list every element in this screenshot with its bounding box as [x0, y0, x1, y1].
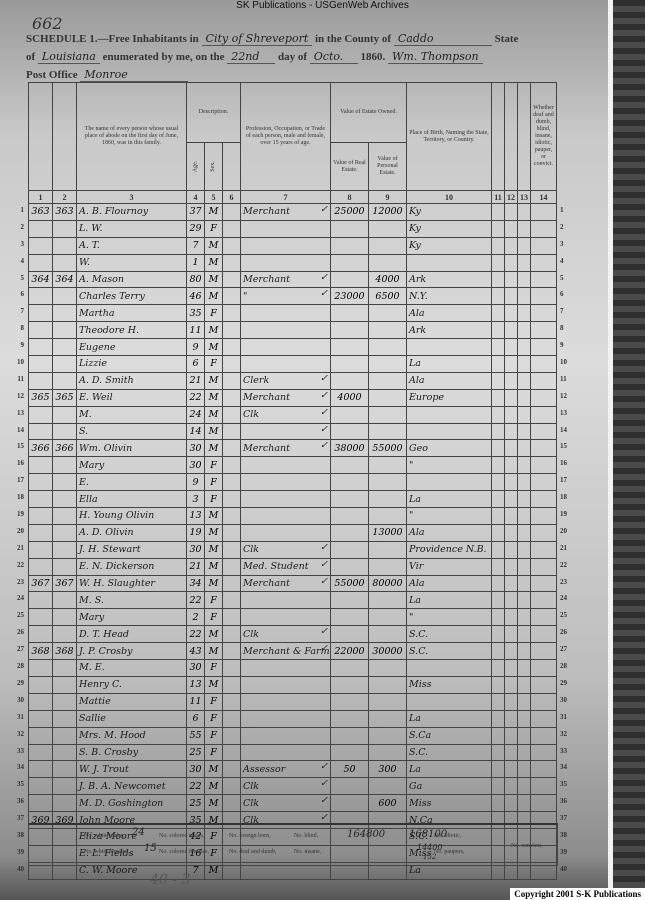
family-number: [53, 660, 77, 677]
person-name: A. B. Flournoy: [77, 204, 187, 221]
family-number: 363: [53, 204, 77, 221]
empty-cell: [518, 491, 531, 508]
sex: M: [205, 524, 223, 541]
person-name: Sallie: [77, 710, 187, 727]
line-number-left: 5: [10, 274, 24, 282]
line-number-left: 2: [10, 223, 24, 231]
occupation-text: Merchant: [243, 274, 290, 285]
personal-estate-value: [369, 474, 407, 491]
personal-estate-value: [369, 254, 407, 271]
real-estate-value: 55000: [331, 575, 369, 592]
age: 34: [187, 575, 205, 592]
table-row: M. E.30F: [29, 660, 557, 677]
line-number-right: 28: [560, 662, 567, 670]
person-name: A. Mason: [77, 271, 187, 288]
occupation-text: Clk: [243, 629, 259, 640]
empty-cell: [531, 575, 557, 592]
empty-cell: [518, 440, 531, 457]
empty-cell: [505, 524, 518, 541]
empty-cell: [492, 693, 505, 710]
empty-cell: [492, 541, 505, 558]
birthplace: ": [407, 609, 492, 626]
line-number-left: 37: [10, 814, 24, 822]
sex: M: [205, 778, 223, 795]
table-row: J. B. A. Newcomet22MClk✓Ga: [29, 778, 557, 795]
convicts-label: No. convicts,: [511, 843, 543, 849]
line-number-right: 27: [560, 645, 567, 653]
table-row: J. H. Stewart30MClk✓Providence N.B.: [29, 541, 557, 558]
color: [223, 660, 241, 677]
family-number: [53, 508, 77, 525]
checkmark-icon: ✓: [320, 373, 328, 384]
birthplace: Ala: [407, 305, 492, 322]
family-number: [53, 761, 77, 778]
col-header-color: Color, { White, black, or mulatto.: [223, 143, 241, 191]
day-of-label: day of: [278, 51, 307, 63]
family-number: 366: [53, 440, 77, 457]
real-estate-value: [331, 322, 369, 339]
real-estate-value: [331, 744, 369, 761]
schedule-header-line-3: Post Office Monroe: [26, 68, 188, 82]
schedule-title: SCHEDULE 1.—Free Inhabitants in: [26, 33, 199, 45]
col-header-age: Age.: [187, 143, 205, 191]
birthplace: [407, 339, 492, 356]
color: [223, 778, 241, 795]
sex: F: [205, 727, 223, 744]
dwelling-number: [29, 474, 53, 491]
real-estate-value: 22000: [331, 643, 369, 660]
line-number-right: 30: [560, 696, 567, 704]
empty-cell: [505, 220, 518, 237]
empty-cell: [531, 592, 557, 609]
table-row: Henry C.13MMiss: [29, 676, 557, 693]
family-number: [53, 676, 77, 693]
colored-males-label: No. colored males,: [159, 833, 204, 839]
real-estate-value: [331, 339, 369, 356]
person-name: Wm. Olivin: [77, 440, 187, 457]
table-row: A. T.7MKy: [29, 237, 557, 254]
column-number: 1: [29, 191, 53, 204]
occupation: [241, 305, 331, 322]
family-number: [53, 288, 77, 305]
age: 43: [187, 643, 205, 660]
real-estate-value: [331, 356, 369, 373]
empty-cell: [505, 744, 518, 761]
birthplace: La: [407, 491, 492, 508]
line-number-right: 35: [560, 780, 567, 788]
personal-estate-value: [369, 558, 407, 575]
family-number: [53, 322, 77, 339]
sex: M: [205, 322, 223, 339]
person-name: W. J. Trout: [77, 761, 187, 778]
checkmark-icon: ✓: [320, 288, 328, 299]
empty-cell: [518, 406, 531, 423]
occupation: [241, 508, 331, 525]
birthplace: ": [407, 508, 492, 525]
checkmark-icon: ✓: [320, 407, 328, 418]
birthplace: [407, 254, 492, 271]
birthplace: ": [407, 457, 492, 474]
age: 30: [187, 457, 205, 474]
empty-cell: [531, 457, 557, 474]
empty-cell: [518, 237, 531, 254]
sex: M: [205, 406, 223, 423]
empty-cell: [518, 356, 531, 373]
col-header-description: Description.: [187, 83, 241, 143]
empty-cell: [505, 204, 518, 221]
empty-cell: [492, 474, 505, 491]
empty-cell: [492, 356, 505, 373]
empty-cell: [505, 626, 518, 643]
real-estate-value: [331, 795, 369, 812]
occupation-text: Merchant: [243, 392, 290, 403]
empty-cell: [505, 710, 518, 727]
line-number-left: 11: [10, 375, 24, 383]
family-number: [53, 339, 77, 356]
birthplace: [407, 474, 492, 491]
color: [223, 744, 241, 761]
table-row: W.1M: [29, 254, 557, 271]
occupation-text: Merchant & Farmer: [243, 646, 331, 657]
occupation-text: Med. Student: [243, 561, 309, 572]
sex: F: [205, 710, 223, 727]
person-name: M. S.: [77, 592, 187, 609]
color: [223, 676, 241, 693]
age: 9: [187, 474, 205, 491]
col-header-value: Value of Estate Owned.: [331, 83, 407, 143]
personal-estate-value: 6500: [369, 288, 407, 305]
column-number: 11: [492, 191, 505, 204]
day-field: 22nd: [227, 50, 275, 64]
empty-cell: [518, 626, 531, 643]
sex: F: [205, 474, 223, 491]
dwelling-number: [29, 744, 53, 761]
line-number-right: 22: [560, 561, 567, 569]
line-number-left: 4: [10, 257, 24, 265]
empty-cell: [518, 575, 531, 592]
empty-cell: [505, 575, 518, 592]
col-header-school: Attended School within the year.: [505, 83, 518, 191]
personal-estate-value: [369, 660, 407, 677]
column-number: 14: [531, 191, 557, 204]
empty-cell: [505, 423, 518, 440]
line-number-right: 32: [560, 730, 567, 738]
empty-cell: [505, 491, 518, 508]
empty-cell: [492, 795, 505, 812]
personal-estate-value: [369, 220, 407, 237]
empty-cell: [531, 474, 557, 491]
line-number-left: 8: [10, 324, 24, 332]
column-number: 10: [407, 191, 492, 204]
real-estate-value: [331, 237, 369, 254]
dwelling-number: [29, 423, 53, 440]
dwelling-number: [29, 710, 53, 727]
dwelling-number: [29, 541, 53, 558]
birthplace: Ala: [407, 575, 492, 592]
dwelling-number: [29, 288, 53, 305]
empty-cell: [505, 237, 518, 254]
empty-cell: [505, 727, 518, 744]
sex: M: [205, 339, 223, 356]
sex: F: [205, 693, 223, 710]
line-number-right: 40: [560, 865, 567, 873]
table-row: S.14M✓: [29, 423, 557, 440]
dwelling-number: [29, 609, 53, 626]
personal-estate-value: [369, 389, 407, 406]
line-number-left: 36: [10, 797, 24, 805]
family-number: [53, 457, 77, 474]
family-number: [53, 541, 77, 558]
empty-cell: [531, 795, 557, 812]
personal-estate-value: [369, 237, 407, 254]
empty-cell: [492, 271, 505, 288]
age: 7: [187, 237, 205, 254]
line-number-left: 14: [10, 426, 24, 434]
color: [223, 322, 241, 339]
col-header-married: Married within the year.: [492, 83, 505, 191]
color: [223, 457, 241, 474]
line-number-right: 5: [560, 274, 564, 282]
occupation: [241, 524, 331, 541]
line-number-right: 21: [560, 544, 567, 552]
empty-cell: [492, 592, 505, 609]
colored-females-label: No. colored females,: [159, 849, 209, 855]
line-number-left: 19: [10, 510, 24, 518]
line-number-left: 22: [10, 561, 24, 569]
color: [223, 643, 241, 660]
empty-cell: [531, 744, 557, 761]
real-estate-value: [331, 693, 369, 710]
line-number-left: 17: [10, 476, 24, 484]
line-number-left: 25: [10, 611, 24, 619]
dwelling-number: [29, 406, 53, 423]
sex: F: [205, 356, 223, 373]
empty-cell: [505, 508, 518, 525]
dwelling-number: [29, 356, 53, 373]
column-number: 13: [518, 191, 531, 204]
age: 21: [187, 372, 205, 389]
family-number: [53, 474, 77, 491]
family-number: [53, 710, 77, 727]
dwelling-number: 368: [29, 643, 53, 660]
dwelling-number: [29, 305, 53, 322]
empty-cell: [518, 710, 531, 727]
age: 30: [187, 660, 205, 677]
age: 80: [187, 271, 205, 288]
line-number-left: 13: [10, 409, 24, 417]
dwelling-number: [29, 693, 53, 710]
checkmark-icon: ✓: [320, 424, 328, 435]
birthplace: [407, 406, 492, 423]
empty-cell: [492, 609, 505, 626]
empty-cell: [518, 220, 531, 237]
sex: M: [205, 271, 223, 288]
line-number-left: 24: [10, 594, 24, 602]
age: 30: [187, 440, 205, 457]
color: [223, 237, 241, 254]
birthplace: S.C.: [407, 744, 492, 761]
empty-cell: [505, 778, 518, 795]
color: [223, 795, 241, 812]
empty-cell: [505, 457, 518, 474]
sex: M: [205, 440, 223, 457]
occupation: Merchant✓: [241, 440, 331, 457]
empty-cell: [492, 457, 505, 474]
dwelling-number: [29, 727, 53, 744]
real-estate-value: [331, 220, 369, 237]
empty-cell: [518, 524, 531, 541]
real-estate-value: [331, 524, 369, 541]
line-number-left: 16: [10, 459, 24, 467]
occupation: [241, 457, 331, 474]
occupation: [241, 744, 331, 761]
col-header-name: The name of every person whose usual pla…: [77, 83, 187, 191]
empty-cell: [492, 676, 505, 693]
line-number-right: 3: [560, 240, 564, 248]
empty-cell: [492, 254, 505, 271]
sex: M: [205, 254, 223, 271]
dwelling-number: [29, 508, 53, 525]
column-number: 12: [505, 191, 518, 204]
empty-cell: [492, 643, 505, 660]
birthplace: Ark: [407, 322, 492, 339]
occupation-text: Clerk: [243, 375, 269, 386]
empty-cell: [531, 710, 557, 727]
table-row: Lizzie6FLa: [29, 356, 557, 373]
real-estate-value: [331, 676, 369, 693]
line-number-right: 25: [560, 611, 567, 619]
table-row: D. T. Head22MClk✓S.C.: [29, 626, 557, 643]
family-number: [53, 727, 77, 744]
age: 30: [187, 761, 205, 778]
age: 55: [187, 727, 205, 744]
occupation: [241, 609, 331, 626]
person-name: H. Young Olivin: [77, 508, 187, 525]
real-estate-value: 4000: [331, 389, 369, 406]
person-name: Mrs. M. Hood: [77, 727, 187, 744]
person-name: M. D. Goshington: [77, 795, 187, 812]
dwelling-number: [29, 592, 53, 609]
empty-cell: [492, 440, 505, 457]
occupation: Assessor✓: [241, 761, 331, 778]
col-header-personal-estate: Value of Personal Estate.: [369, 143, 407, 191]
real-estate-value: [331, 406, 369, 423]
color: [223, 339, 241, 356]
empty-cell: [518, 457, 531, 474]
empty-cell: [531, 220, 557, 237]
checkmark-icon: ✓: [320, 795, 328, 806]
sex: M: [205, 372, 223, 389]
color: [223, 710, 241, 727]
birthplace: S.Ca: [407, 727, 492, 744]
family-number: 367: [53, 575, 77, 592]
birthplace: [407, 693, 492, 710]
personal-estate-value: [369, 423, 407, 440]
line-number-right: 7: [560, 307, 564, 315]
dwelling-number: [29, 761, 53, 778]
birthplace: Ga: [407, 778, 492, 795]
color: [223, 288, 241, 305]
empty-cell: [518, 288, 531, 305]
empty-cell: [531, 372, 557, 389]
person-name: A. D. Olivin: [77, 524, 187, 541]
col-header-dwelling: Dwelling-houses— numbered in the order o…: [29, 83, 53, 191]
empty-cell: [531, 660, 557, 677]
sex: M: [205, 508, 223, 525]
table-row: W. J. Trout30MAssessor✓50300La: [29, 761, 557, 778]
occupation: Merchant & Farmer✓: [241, 643, 331, 660]
line-number-right: 4: [560, 257, 564, 265]
personal-estate-value: [369, 676, 407, 693]
family-number: [53, 795, 77, 812]
family-number: [53, 220, 77, 237]
age: 6: [187, 356, 205, 373]
sex: M: [205, 389, 223, 406]
age: 1: [187, 254, 205, 271]
table-row: Charles Terry46M"✓230006500N.Y.: [29, 288, 557, 305]
empty-cell: [492, 626, 505, 643]
person-name: S.: [77, 423, 187, 440]
family-number: 365: [53, 389, 77, 406]
sex: M: [205, 204, 223, 221]
color: [223, 254, 241, 271]
real-estate-value: [331, 778, 369, 795]
table-row: 367367W. H. Slaughter34MMerchant✓5500080…: [29, 575, 557, 592]
color: [223, 356, 241, 373]
empty-cell: [531, 406, 557, 423]
empty-cell: [505, 322, 518, 339]
adjacent-page-edge: [613, 0, 645, 900]
birthplace: Geo: [407, 440, 492, 457]
empty-cell: [518, 693, 531, 710]
line-number-right: 8: [560, 324, 564, 332]
real-estate-value: [331, 660, 369, 677]
person-name: W. H. Slaughter: [77, 575, 187, 592]
color: [223, 440, 241, 457]
age: 13: [187, 508, 205, 525]
person-name: S. B. Crosby: [77, 744, 187, 761]
birthplace: Ala: [407, 372, 492, 389]
col-header-family: Families numbered in the order of visita…: [53, 83, 77, 191]
person-name: M.: [77, 406, 187, 423]
occupation: ✓: [241, 423, 331, 440]
empty-cell: [505, 795, 518, 812]
sex: M: [205, 541, 223, 558]
family-number: [53, 423, 77, 440]
age: 11: [187, 322, 205, 339]
person-name: E. Weil: [77, 389, 187, 406]
dwelling-number: [29, 220, 53, 237]
empty-cell: [531, 508, 557, 525]
personal-estate-value: [369, 491, 407, 508]
empty-cell: [518, 795, 531, 812]
line-number-right: 15: [560, 442, 567, 450]
empty-cell: [531, 541, 557, 558]
empty-cell: [531, 524, 557, 541]
empty-cell: [492, 237, 505, 254]
line-number-left: 31: [10, 713, 24, 721]
empty-cell: [492, 660, 505, 677]
empty-cell: [492, 406, 505, 423]
empty-cell: [518, 254, 531, 271]
line-number-right: 2: [560, 223, 564, 231]
line-number-right: 12: [560, 392, 567, 400]
line-number-left: 10: [10, 358, 24, 366]
real-estate-value: [331, 541, 369, 558]
dwelling-number: [29, 660, 53, 677]
birthplace: La: [407, 710, 492, 727]
empty-cell: [492, 508, 505, 525]
